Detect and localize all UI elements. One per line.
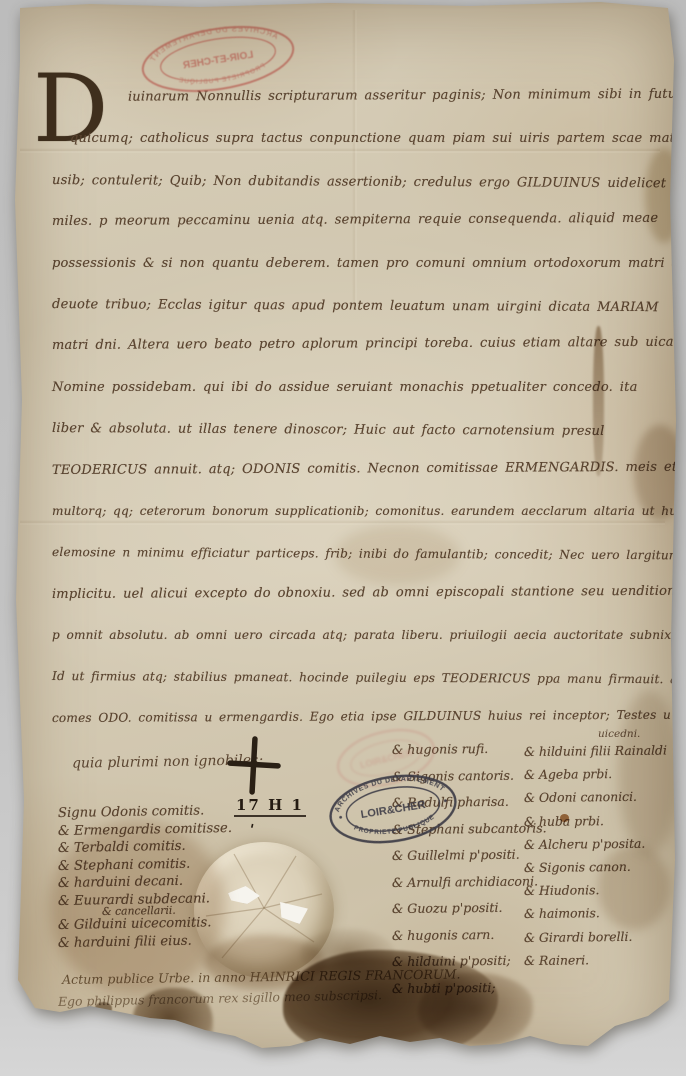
text-line: liber & absoluta. ut illas tenere dinosc… [52,421,652,466]
signature: & Odoni canonici. [524,789,667,805]
signature: Signu Odonis comitis. [58,803,232,821]
scanned-charter-page: D iuinarum Nonnullis scripturarum asseri… [0,0,686,1076]
marginal-note: uicedni. [598,728,640,740]
red-stamp-center: LOIR-ET-CHER [181,49,254,71]
signature: & Gilduini uicecomitis. [58,915,232,933]
text-line: implicitu. uel alicui excepto do obnoxiu… [52,584,652,629]
text-line: Id ut firmius atq; stabilius pmaneat. ho… [52,669,652,714]
text-line: matri dni. Altera uero beato petro aplor… [52,335,652,380]
red-stamp-arc-top: ARCHIVES DU DEPARTEMENT [144,16,281,65]
signature-column-right: & hilduini filii Rainaldi & Ageba prbi. … [524,744,667,976]
signature: & Ageba prbi. [524,766,667,782]
charter-body-text: iuinarum Nonnullis scripturarum asseritu… [52,90,652,752]
red-stamp-arc-bottom: PROPRIETE PUBLIQUE [176,62,267,91]
shelfmark-tick: ' [247,822,255,839]
signature: & Girardi borelli. [524,928,667,944]
text-line: quicumq; catholicus supra tactus conpunc… [52,131,652,172]
svg-text:PROPRIETE PUBLIQUE: PROPRIETE PUBLIQUE [176,62,267,91]
signature: & huba prbi. [524,812,667,828]
signature: & harduini filii eius. [58,932,232,950]
text-line: Nomine possidebam. qui ibi do assidue se… [52,380,652,421]
text-line: elemosine n minimu efficiatur particeps.… [52,545,652,590]
signature: & Hiudonis. [524,882,667,898]
signature: & haimonis. [524,905,667,921]
royal-subscription-line: Ego philippus francorum rex sigillo meo … [58,987,382,1009]
signature: & Ermengardis comitisse. [58,820,232,838]
text-line: miles. p meorum peccaminu uenia atq. sem… [52,211,652,256]
text-line: possessionis & si non quantu deberem. ta… [52,256,652,297]
parchment-sheet: D iuinarum Nonnullis scripturarum asseri… [0,0,686,1076]
signature-column-left: Signu Odonis comitis. & Ermengardis comi… [58,806,232,953]
signature: & hilduini filii Rainaldi [524,743,667,759]
archival-shelfmark: 17 H 1 [234,796,306,817]
signature: & Raineri. [524,951,667,967]
svg-text:ARCHIVES DU DEPARTEMENT: ARCHIVES DU DEPARTEMENT [144,16,281,65]
signature: & Stephani comitis. [58,855,232,873]
signature: & Terbaldi comitis. [58,838,232,856]
cross-mark [222,734,286,798]
signature: & harduini decani. [58,873,232,891]
signature: & Sigonis canon. [524,858,667,874]
regnal-year-line: Anno regni [55,1021,131,1040]
parchment-shadow-wrap: D iuinarum Nonnullis scripturarum asseri… [0,0,686,1076]
text-line: iuinarum Nonnullis scripturarum asseritu… [52,87,652,132]
signature: & Alcheru p'posita. [524,835,667,851]
text-line: TEODERICUS annuit. atq; ODONIS comitis. … [52,459,652,504]
text-line: multorq; qq; ceterorum bonorum supplicat… [52,504,652,545]
text-line: p omnit absolutu. ab omni uero circada a… [52,628,652,669]
